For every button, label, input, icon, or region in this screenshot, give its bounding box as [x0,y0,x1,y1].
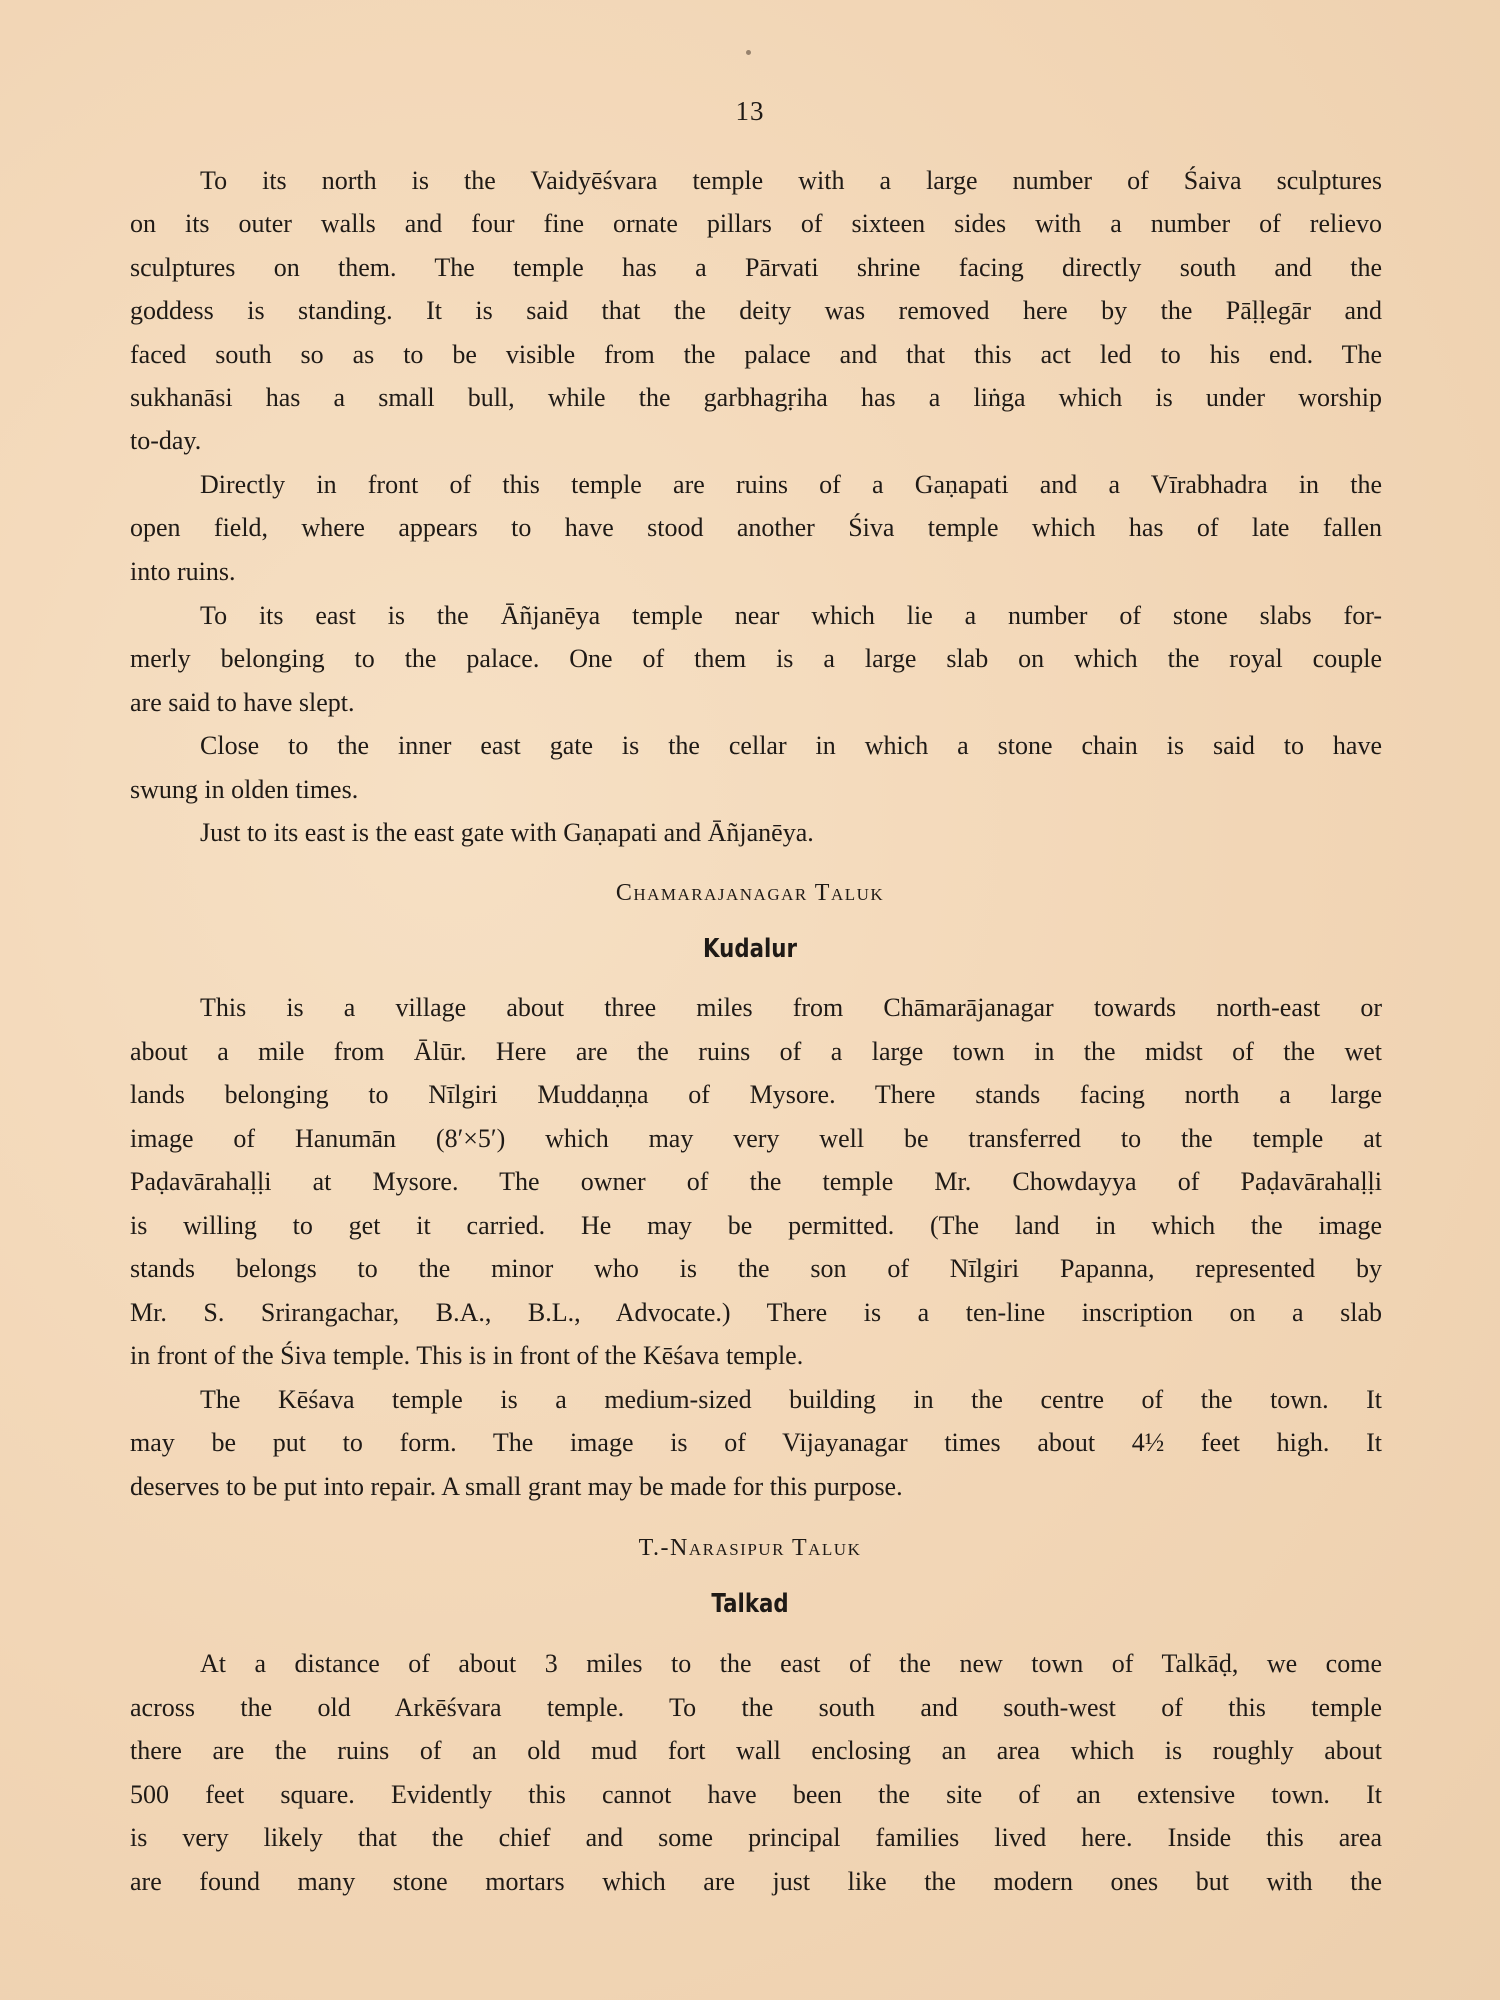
text-line: The Kēśava temple is a medium-sized buil… [200,1380,1382,1420]
text-line: is willing to get it carried. He may be … [130,1206,1382,1246]
text-line: 500 feet square. Evidently this cannot h… [130,1775,1382,1815]
text-line: open field, where appears to have stood … [130,508,1382,548]
text-line: sukhanāsi has a small bull, while the ga… [130,378,1382,418]
text-line: on its outer walls and four fine ornate … [130,204,1382,244]
text-line: into ruins. [130,552,1382,592]
text-line: merly belonging to the palace. One of th… [130,639,1382,679]
text-line: are found many stone mortars which are j… [130,1862,1382,1902]
place-heading-talkad: Talkad [135,1589,1365,1619]
text-line: in front of the Śiva temple. This is in … [130,1336,1382,1376]
text-line: may be put to form. The image is of Vija… [130,1423,1382,1463]
text-line: goddess is standing. It is said that the… [130,291,1382,331]
ink-speck [746,50,751,55]
text-line: is very likely that the chief and some p… [130,1818,1382,1858]
text-line: Just to its east is the east gate with G… [200,813,1382,853]
text-line: To its north is the Vaidyēśvara temple w… [200,161,1382,201]
text-line: there are the ruins of an old mud fort w… [130,1731,1382,1771]
text-line: Directly in front of this temple are rui… [200,465,1382,505]
text-line: are said to have slept. [130,683,1382,723]
text-line: across the old Arkēśvara temple. To the … [130,1688,1382,1728]
document-page: 13 To its north is the Vaidyēśvara templ… [0,0,1500,2000]
text-line: swung in olden times. [130,770,1382,810]
text-line: Paḍavārahaḷḷi at Mysore. The owner of th… [130,1162,1382,1202]
text-line: image of Hanumān (8′×5′) which may very … [130,1119,1382,1159]
taluk-heading-chamarajanagar: Chamarajanagar Taluk [0,880,1500,907]
text-line: At a distance of about 3 miles to the ea… [200,1644,1382,1684]
text-line: Close to the inner east gate is the cell… [200,726,1382,766]
text-line: lands belonging to Nīlgiri Muddaṇṇa of M… [130,1075,1382,1115]
text-line: This is a village about three miles from… [200,988,1382,1028]
text-line: deserves to be put into repair. A small … [130,1467,1382,1507]
text-line: Mr. S. Srirangachar, B.A., B.L., Advocat… [130,1293,1382,1333]
text-line: To its east is the Āñjanēya temple near … [200,596,1382,636]
text-line: sculptures on them. The temple has a Pār… [130,248,1382,288]
taluk-heading-t-narasipur: T.-Narasipur Taluk [0,1535,1500,1562]
text-line: faced south so as to be visible from the… [130,335,1382,375]
text-line: stands belongs to the minor who is the s… [130,1249,1382,1289]
text-line: about a mile from Ālūr. Here are the rui… [130,1032,1382,1072]
place-heading-kudalur: Kudalur [135,934,1365,964]
page-number: 13 [0,96,1500,127]
text-line: to-day. [130,421,1382,461]
